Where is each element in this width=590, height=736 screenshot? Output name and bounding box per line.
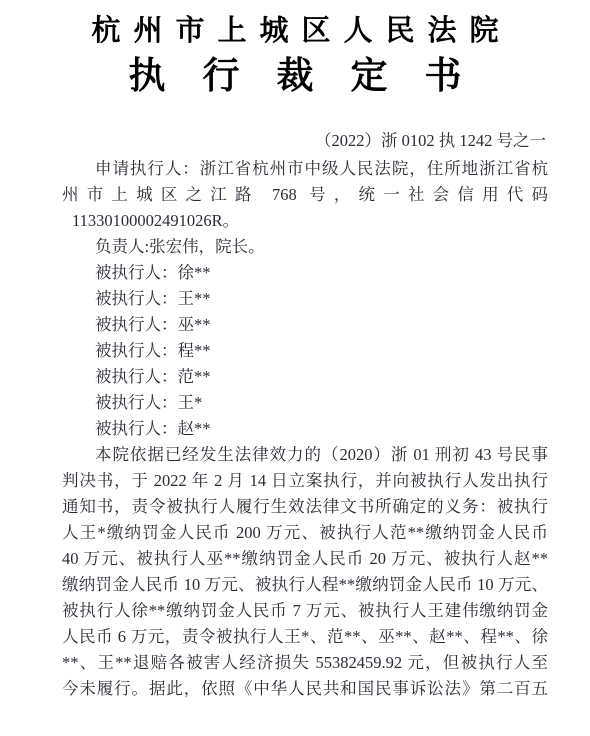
main-paragraph: 本院依据已经发生法律效力的（2020）浙 01 刑初 43 号民事判决书，于 2… — [62, 442, 548, 702]
text-line: 州市上城区之江路 768 号，统一社会信用代码 — [62, 182, 548, 208]
principal-line: 负责人:张宏伟，院长。 — [62, 234, 548, 260]
text-line: 本院依据已经发生法律效力的（2020）浙 01 刑初 43 号民事 — [62, 442, 548, 468]
text-line: **、王**退赔各被害人经济损失 55382459.92 元，但被执行人至 — [62, 650, 548, 676]
text-line: 缴纳罚金人民币 10 万元、被执行人程**缴纳罚金人民币 10 万元、 — [62, 572, 548, 598]
text-line: 判决书，于 2022 年 2 月 14 日立案执行，并向被执行人发出执行 — [62, 468, 548, 494]
document-body: （2022）浙 0102 执 1242 号之一 申请执行人：浙江省杭州市中级人民… — [62, 128, 548, 702]
text-line: 被执行人：巫** — [62, 312, 548, 338]
case-number: （2022）浙 0102 执 1242 号之一 — [62, 128, 548, 154]
text-line: 被执行人：徐** — [62, 260, 548, 286]
text-line: 被执行人：赵** — [62, 416, 548, 442]
document-title: 执行裁定书 — [0, 55, 590, 99]
text-line: 通知书，责令被执行人履行生效法律文书所确定的义务：被执行 — [62, 494, 548, 520]
text-line: 被执行人：王** — [62, 286, 548, 312]
text-line: 11330100002491026R。 — [62, 208, 548, 234]
text-line: 今未履行。据此，依照《中华人民共和国民事诉讼法》第二百五 — [62, 676, 548, 702]
text-line: 人王*缴纳罚金人民币 200 万元、被执行人范**缴纳罚金人民币 — [62, 520, 548, 546]
court-name-text: 杭州市上城区人民法院 — [91, 15, 511, 47]
text-line: 被执行人：王* — [62, 390, 548, 416]
text-line: 申请执行人：浙江省杭州市中级人民法院，住所地浙江省杭 — [62, 156, 548, 182]
text-line: 被执行人徐**缴纳罚金人民币 7 万元、被执行人王建伟缴纳罚金 — [62, 598, 548, 624]
document-page: 杭州市上城区人民法院 执行裁定书 （2022）浙 0102 执 1242 号之一… — [0, 0, 590, 736]
text-line: 人民币 6 万元，责令被执行人王*、范**、巫**、赵**、程**、徐 — [62, 624, 548, 650]
text-line: 被执行人：程** — [62, 338, 548, 364]
respondent-list: 被执行人：徐**被执行人：王**被执行人：巫**被执行人：程**被执行人：范**… — [62, 260, 548, 442]
text-line: 40 万元、被执行人巫**缴纳罚金人民币 20 万元、被执行人赵** — [62, 546, 548, 572]
applicant-paragraph: 申请执行人：浙江省杭州市中级人民法院，住所地浙江省杭州市上城区之江路 768 号… — [62, 156, 548, 234]
court-name-heading: 杭州市上城区人民法院 — [0, 14, 590, 49]
document-title-text: 执行裁定书 — [129, 56, 499, 97]
text-line: 被执行人：范** — [62, 364, 548, 390]
